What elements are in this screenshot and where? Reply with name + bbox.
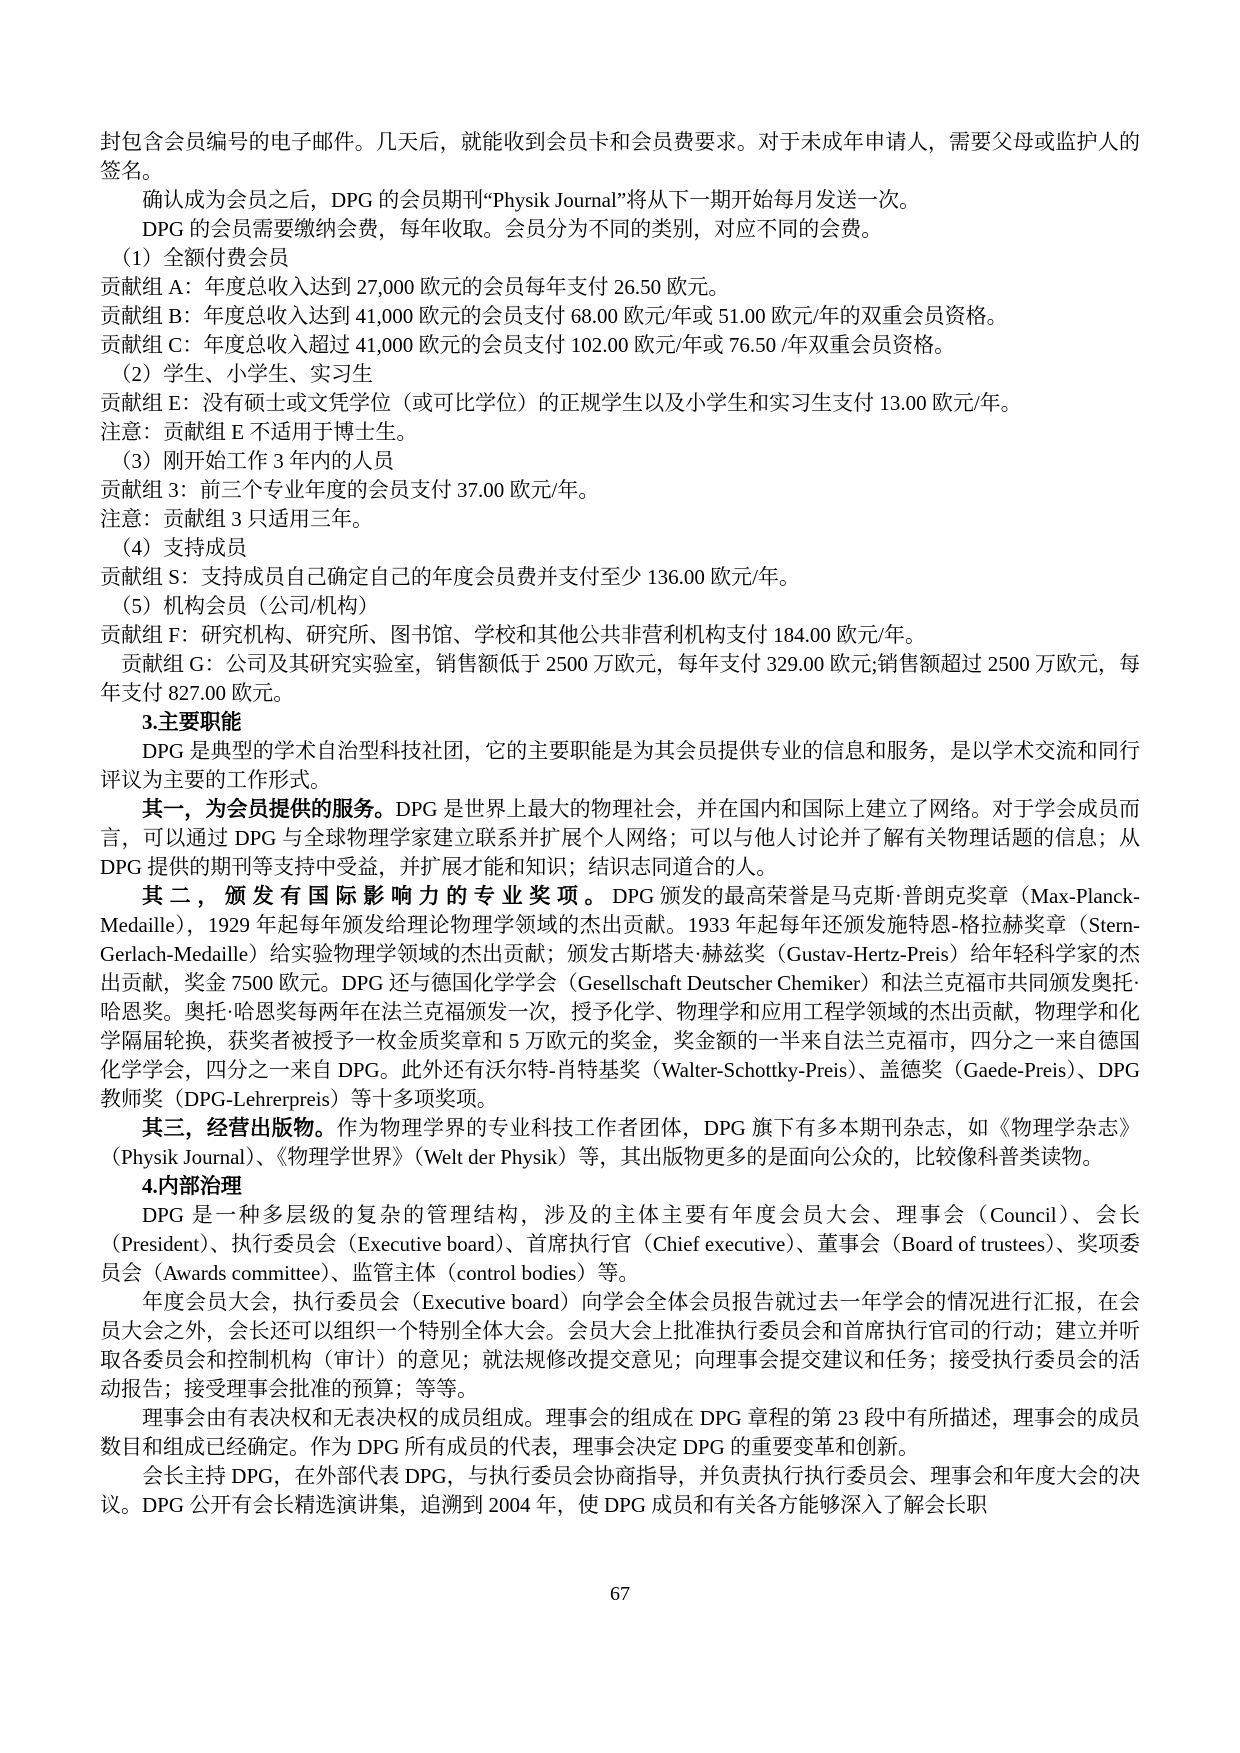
paragraph: （1）全额付费会员 xyxy=(100,244,1140,273)
text-run: DPG 颁发的最高荣誉是马克斯·普朗克奖章（Max-Planck-Medaill… xyxy=(100,884,1140,1111)
text-run: 4.内部治理 xyxy=(142,1174,242,1198)
text-run: 理事会由有表决权和无表决权的成员组成。理事会的组成在 DPG 章程的第 23 段… xyxy=(100,1406,1140,1459)
paragraph: （5）机构会员（公司/机构） xyxy=(100,592,1140,621)
text-run: DPG 的会员需要缴纳会费，每年收取。会员分为不同的类别，对应不同的会费。 xyxy=(142,217,882,241)
paragraph: 会长主持 DPG，在外部代表 DPG，与执行委员会协商指导，并负责执行执行委员会… xyxy=(100,1462,1140,1520)
paragraph: 贡献组 G：公司及其研究实验室，销售额低于 2500 万欧元，每年支付 329.… xyxy=(100,650,1140,708)
text-run: （2）学生、小学生、实习生 xyxy=(111,362,374,386)
paragraph: 封包含会员编号的电子邮件。几天后，就能收到会员卡和会员费要求。对于未成年申请人，… xyxy=(100,128,1140,186)
text-run: DPG 是典型的学术自治型科技社团，它的主要职能是为其会员提供专业的信息和服务，… xyxy=(100,739,1140,792)
text-run: 年度会员大会，执行委员会（Executive board）向学会全体会员报告就过… xyxy=(100,1290,1140,1401)
paragraph: 贡献组 A：年度总收入达到 27,000 欧元的会员每年支付 26.50 欧元。 xyxy=(100,273,1140,302)
document-page: 封包含会员编号的电子邮件。几天后，就能收到会员卡和会员费要求。对于未成年申请人，… xyxy=(0,0,1240,1753)
paragraph: DPG 是典型的学术自治型科技社团，它的主要职能是为其会员提供专业的信息和服务，… xyxy=(100,737,1140,795)
paragraph: 年度会员大会，执行委员会（Executive board）向学会全体会员报告就过… xyxy=(100,1288,1140,1404)
paragraph: 贡献组 C：年度总收入超过 41,000 欧元的会员支付 102.00 欧元/年… xyxy=(100,331,1140,360)
text-run: （4）支持成员 xyxy=(111,536,248,560)
text-run: 其三，经营出版物。 xyxy=(142,1116,336,1140)
paragraph: 理事会由有表决权和无表决权的成员组成。理事会的组成在 DPG 章程的第 23 段… xyxy=(100,1404,1140,1462)
paragraph: 贡献组 E：没有硕士或文凭学位（或可比学位）的正规学生以及小学生和实习生支付 1… xyxy=(100,389,1140,418)
document-body: 封包含会员编号的电子邮件。几天后，就能收到会员卡和会员费要求。对于未成年申请人，… xyxy=(100,128,1140,1520)
text-run: （5）机构会员（公司/机构） xyxy=(111,594,379,618)
text-run: 贡献组 A：年度总收入达到 27,000 欧元的会员每年支付 26.50 欧元。 xyxy=(100,275,729,299)
paragraph: （2）学生、小学生、实习生 xyxy=(100,360,1140,389)
text-run: 确认成为会员之后，DPG 的会员期刊“Physik Journal”将从下一期开… xyxy=(142,188,920,212)
text-run: 贡献组 3：前三个专业年度的会员支付 37.00 欧元/年。 xyxy=(100,478,599,502)
text-run: （1）全额付费会员 xyxy=(111,246,290,270)
section-heading: 4.内部治理 xyxy=(100,1172,1140,1201)
text-run: 注意：贡献组 E 不适用于博士生。 xyxy=(100,420,417,444)
text-run: 其二，颁发有国际影响力的专业奖项。 xyxy=(142,884,612,908)
text-run: 其一，为会员提供的服务。 xyxy=(142,797,396,821)
paragraph: 其一，为会员提供的服务。DPG 是世界上最大的物理社会，并在国内和国际上建立了网… xyxy=(100,795,1140,882)
text-run: 会长主持 DPG，在外部代表 DPG，与执行委员会协商指导，并负责执行执行委员会… xyxy=(100,1464,1140,1517)
paragraph: DPG 的会员需要缴纳会费，每年收取。会员分为不同的类别，对应不同的会费。 xyxy=(100,215,1140,244)
paragraph: 其二，颁发有国际影响力的专业奖项。DPG 颁发的最高荣誉是马克斯·普朗克奖章（M… xyxy=(100,882,1140,1114)
text-run: 贡献组 E：没有硕士或文凭学位（或可比学位）的正规学生以及小学生和实习生支付 1… xyxy=(100,391,1022,415)
text-run: 贡献组 G：公司及其研究实验室，销售额低于 2500 万欧元，每年支付 329.… xyxy=(100,652,1140,705)
text-run: 贡献组 C：年度总收入超过 41,000 欧元的会员支付 102.00 欧元/年… xyxy=(100,333,955,357)
page-number: 67 xyxy=(0,1583,1240,1606)
paragraph: 贡献组 S：支持成员自己确定自己的年度会员费并支付至少 136.00 欧元/年。 xyxy=(100,563,1140,592)
text-run: 注意：贡献组 3 只适用三年。 xyxy=(100,507,373,531)
paragraph: 注意：贡献组 3 只适用三年。 xyxy=(100,505,1140,534)
text-run: 3.主要职能 xyxy=(142,710,242,734)
section-heading: 3.主要职能 xyxy=(100,708,1140,737)
paragraph: 确认成为会员之后，DPG 的会员期刊“Physik Journal”将从下一期开… xyxy=(100,186,1140,215)
text-run: 贡献组 B：年度总收入达到 41,000 欧元的会员支付 68.00 欧元/年或… xyxy=(100,304,1008,328)
paragraph: 贡献组 B：年度总收入达到 41,000 欧元的会员支付 68.00 欧元/年或… xyxy=(100,302,1140,331)
text-run: 封包含会员编号的电子邮件。几天后，就能收到会员卡和会员费要求。对于未成年申请人，… xyxy=(100,130,1140,183)
paragraph: DPG 是一种多层级的复杂的管理结构，涉及的主体主要有年度会员大会、理事会（Co… xyxy=(100,1201,1140,1288)
text-run: （3）刚开始工作 3 年内的人员 xyxy=(111,449,395,473)
text-run: 贡献组 F：研究机构、研究所、图书馆、学校和其他公共非营利机构支付 184.00… xyxy=(100,623,926,647)
text-run: 贡献组 S：支持成员自己确定自己的年度会员费并支付至少 136.00 欧元/年。 xyxy=(100,565,800,589)
paragraph: 注意：贡献组 E 不适用于博士生。 xyxy=(100,418,1140,447)
text-run: DPG 是一种多层级的复杂的管理结构，涉及的主体主要有年度会员大会、理事会（Co… xyxy=(100,1203,1140,1285)
paragraph: （4）支持成员 xyxy=(100,534,1140,563)
paragraph: 其三，经营出版物。作为物理学界的专业科技工作者团体，DPG 旗下有多本期刊杂志，… xyxy=(100,1114,1140,1172)
paragraph: （3）刚开始工作 3 年内的人员 xyxy=(100,447,1140,476)
paragraph: 贡献组 3：前三个专业年度的会员支付 37.00 欧元/年。 xyxy=(100,476,1140,505)
paragraph: 贡献组 F：研究机构、研究所、图书馆、学校和其他公共非营利机构支付 184.00… xyxy=(100,621,1140,650)
